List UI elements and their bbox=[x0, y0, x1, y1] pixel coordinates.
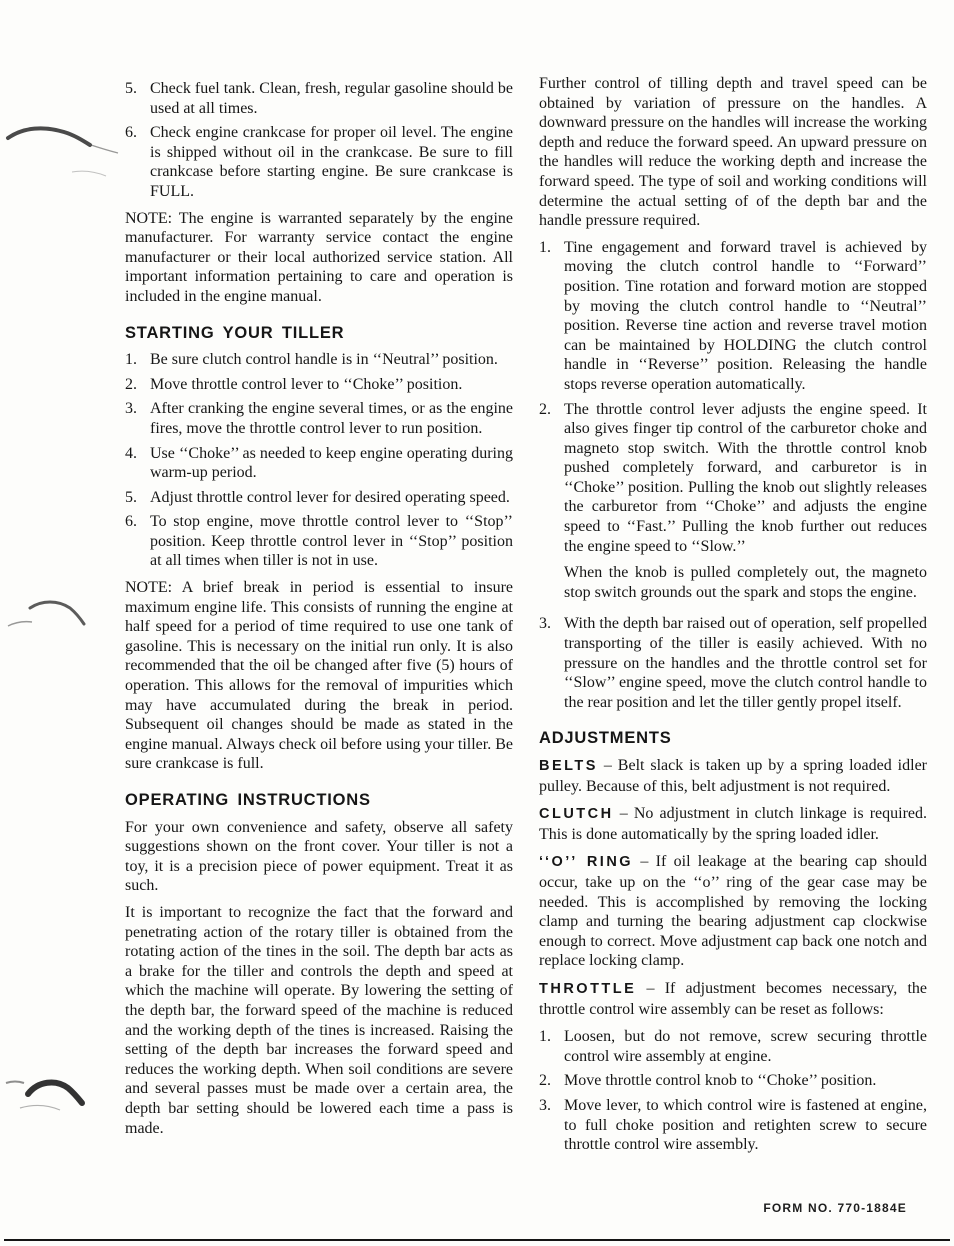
adjustment-lead-clutch: CLUTCH bbox=[539, 806, 614, 822]
adjustment-o-ring: ‘‘O’’ RING – If oil leakage at the beari… bbox=[539, 852, 927, 971]
starting-step: 1. Be sure clutch control handle is in ‘… bbox=[125, 350, 513, 370]
list-item-number: 2. bbox=[539, 1071, 564, 1091]
paragraph-handle-pressure: Further control of tilling depth and tra… bbox=[539, 74, 927, 231]
control-item-throttle-lever: 2. The throttle control lever adjusts th… bbox=[539, 400, 927, 610]
list-item-number: 2. bbox=[539, 400, 564, 610]
adjustment-lead-o-ring: ‘‘O’’ RING bbox=[539, 854, 633, 870]
list-item-text: Tine engagement and forward travel is ac… bbox=[564, 238, 927, 395]
left-column: 5. Check fuel tank. Clean, fresh, regula… bbox=[125, 74, 513, 1145]
list-item-text: The throttle control lever adjusts the e… bbox=[564, 400, 927, 557]
starting-step: 3. After cranking the engine several tim… bbox=[125, 399, 513, 438]
list-item-text: Move lever, to which control wire is fas… bbox=[564, 1096, 927, 1155]
list-item-number: 1. bbox=[539, 238, 564, 395]
control-item-tine-engagement: 1. Tine engagement and forward travel is… bbox=[539, 238, 927, 395]
starting-step: 4. Use ‘‘Choke’’ as needed to keep engin… bbox=[125, 444, 513, 483]
list-item-text: Use ‘‘Choke’’ as needed to keep engine o… bbox=[150, 444, 513, 483]
starting-step: 6. To stop engine, move throttle control… bbox=[125, 512, 513, 571]
adjustment-lead-throttle: THROTTLE bbox=[539, 981, 636, 997]
manual-page: 5. Check fuel tank. Clean, fresh, regula… bbox=[0, 0, 954, 1246]
list-item-body: The throttle control lever adjusts the e… bbox=[564, 400, 927, 610]
starting-step: 5. Adjust throttle control lever for des… bbox=[125, 488, 513, 508]
heading-adjustments: ADJUSTMENTS bbox=[539, 729, 927, 749]
control-item-transporting: 3. With the depth bar raised out of oper… bbox=[539, 614, 927, 712]
list-item-text: With the depth bar raised out of operati… bbox=[564, 614, 927, 712]
page-bottom-rule bbox=[4, 1239, 950, 1242]
list-item-number: 3. bbox=[125, 399, 150, 438]
throttle-step: 1. Loosen, but do not remove, screw secu… bbox=[539, 1027, 927, 1066]
list-item-check-fuel: 5. Check fuel tank. Clean, fresh, regula… bbox=[125, 79, 513, 118]
list-item-text: Move throttle control knob to ‘‘Choke’’ … bbox=[564, 1071, 927, 1091]
form-number: FORM NO. 770-1884E bbox=[539, 1199, 927, 1219]
operating-paragraph-depth-bar: It is important to recognize the fact th… bbox=[125, 903, 513, 1138]
list-item-number: 4. bbox=[125, 444, 150, 483]
throttle-step: 2. Move throttle control knob to ‘‘Choke… bbox=[539, 1071, 927, 1091]
list-item-number: 3. bbox=[539, 614, 564, 712]
list-item-number: 5. bbox=[125, 488, 150, 508]
adjustment-clutch: CLUTCH – No adjustment in clutch linkage… bbox=[539, 804, 927, 844]
list-item-text: To stop engine, move throttle control le… bbox=[150, 512, 513, 571]
starting-step: 2. Move throttle control lever to ‘‘Chok… bbox=[125, 375, 513, 395]
adjustment-throttle: THROTTLE – If adjustment becomes necessa… bbox=[539, 979, 927, 1019]
note-break-in-period: NOTE: A brief break in period is essenti… bbox=[125, 578, 513, 774]
adjustment-belts: BELTS – Belt slack is taken up by a spri… bbox=[539, 756, 927, 796]
note-engine-warranty: NOTE: The engine is warranted separately… bbox=[125, 209, 513, 307]
operating-paragraph-safety: For your own convenience and safety, obs… bbox=[125, 818, 513, 896]
list-item-number: 3. bbox=[539, 1096, 564, 1155]
adjustment-text: – Belt slack is taken up by a spring loa… bbox=[539, 757, 927, 795]
list-item-number: 5. bbox=[125, 79, 150, 118]
list-item-text: Loosen, but do not remove, screw securin… bbox=[564, 1027, 927, 1066]
list-item-number: 2. bbox=[125, 375, 150, 395]
list-item-text-continued: When the knob is pulled completely out, … bbox=[564, 563, 927, 602]
list-item-number: 1. bbox=[539, 1027, 564, 1066]
throttle-step: 3. Move lever, to which control wire is … bbox=[539, 1096, 927, 1155]
list-item-text: Be sure clutch control handle is in ‘‘Ne… bbox=[150, 350, 513, 370]
list-item-number: 6. bbox=[125, 123, 150, 201]
right-column: Further control of tilling depth and tra… bbox=[539, 74, 927, 1218]
list-item-number: 6. bbox=[125, 512, 150, 571]
list-item-text: Check fuel tank. Clean, fresh, regular g… bbox=[150, 79, 513, 118]
list-item-text: After cranking the engine several times,… bbox=[150, 399, 513, 438]
list-item-number: 1. bbox=[125, 350, 150, 370]
list-item-check-crankcase: 6. Check engine crankcase for proper oil… bbox=[125, 123, 513, 201]
list-item-text: Check engine crankcase for proper oil le… bbox=[150, 123, 513, 201]
heading-starting-your-tiller: STARTING YOUR TILLER bbox=[125, 324, 513, 344]
list-item-text: Move throttle control lever to ‘‘Choke’’… bbox=[150, 375, 513, 395]
list-item-text: Adjust throttle control lever for desire… bbox=[150, 488, 513, 508]
adjustment-text: – If oil leakage at the bearing cap shou… bbox=[539, 853, 927, 969]
adjustment-lead-belts: BELTS bbox=[539, 758, 598, 774]
heading-operating-instructions: OPERATING INSTRUCTIONS bbox=[125, 791, 513, 811]
